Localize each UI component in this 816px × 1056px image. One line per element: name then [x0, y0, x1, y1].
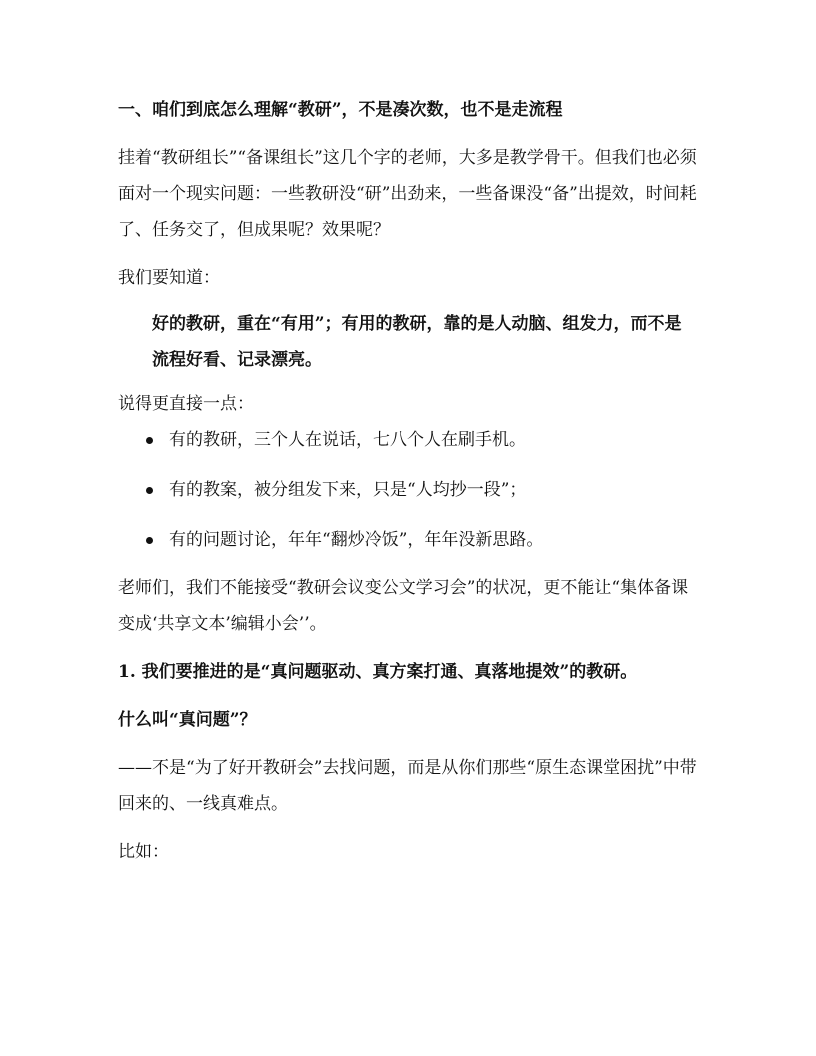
list-item: 有的问题讨论，年年“翻炒冷饭”，年年没新思路。 [118, 528, 698, 552]
paragraph-teachers: 老师们，我们不能接受“教研会议变公文学习会”的状况，更不能让“集体备课变成‘共享… [118, 570, 698, 642]
bullet-icon [146, 487, 153, 494]
numbered-point-1: 1. 我们要推进的是“真问题驱动、真方案打通、真落地提效”的教研。 [118, 654, 698, 690]
bullet-list: 有的教研，三个人在说话，七八个人在刷手机。 有的教案，被分组发下来，只是“人均抄… [118, 428, 698, 552]
list-item: 有的教研，三个人在说话，七八个人在刷手机。 [118, 428, 698, 452]
paragraph-for-example: 比如： [118, 834, 698, 870]
subheading-real-problem: 什么叫“真问题”？ [118, 702, 698, 738]
paragraph-more-directly: 说得更直接一点： [118, 386, 698, 422]
emphasis-quote: 好的教研，重在“有用”；有用的教研，靠的是人动脑、组发力，而不是流程好看、记录漂… [118, 306, 698, 378]
paragraph-we-should-know: 我们要知道： [118, 260, 698, 296]
bullet-icon [146, 537, 153, 544]
paragraph-real-problem-explained: ——不是“为了好开教研会”去找问题，而是从你们那些“原生态课堂困扰”中带回来的、… [118, 750, 698, 822]
paragraph-intro: 挂着“教研组长”“备课组长”这几个字的老师，大多是教学骨干。但我们也必须面对一个… [118, 140, 698, 248]
list-item: 有的教案，被分组发下来，只是“人均抄一段”； [118, 478, 698, 502]
document-page: 一、咱们到底怎么理解“教研”，不是凑次数，也不是走流程 挂着“教研组长”“备课组… [118, 92, 698, 870]
section-heading: 一、咱们到底怎么理解“教研”，不是凑次数，也不是走流程 [118, 92, 698, 128]
bullet-icon [146, 437, 153, 444]
